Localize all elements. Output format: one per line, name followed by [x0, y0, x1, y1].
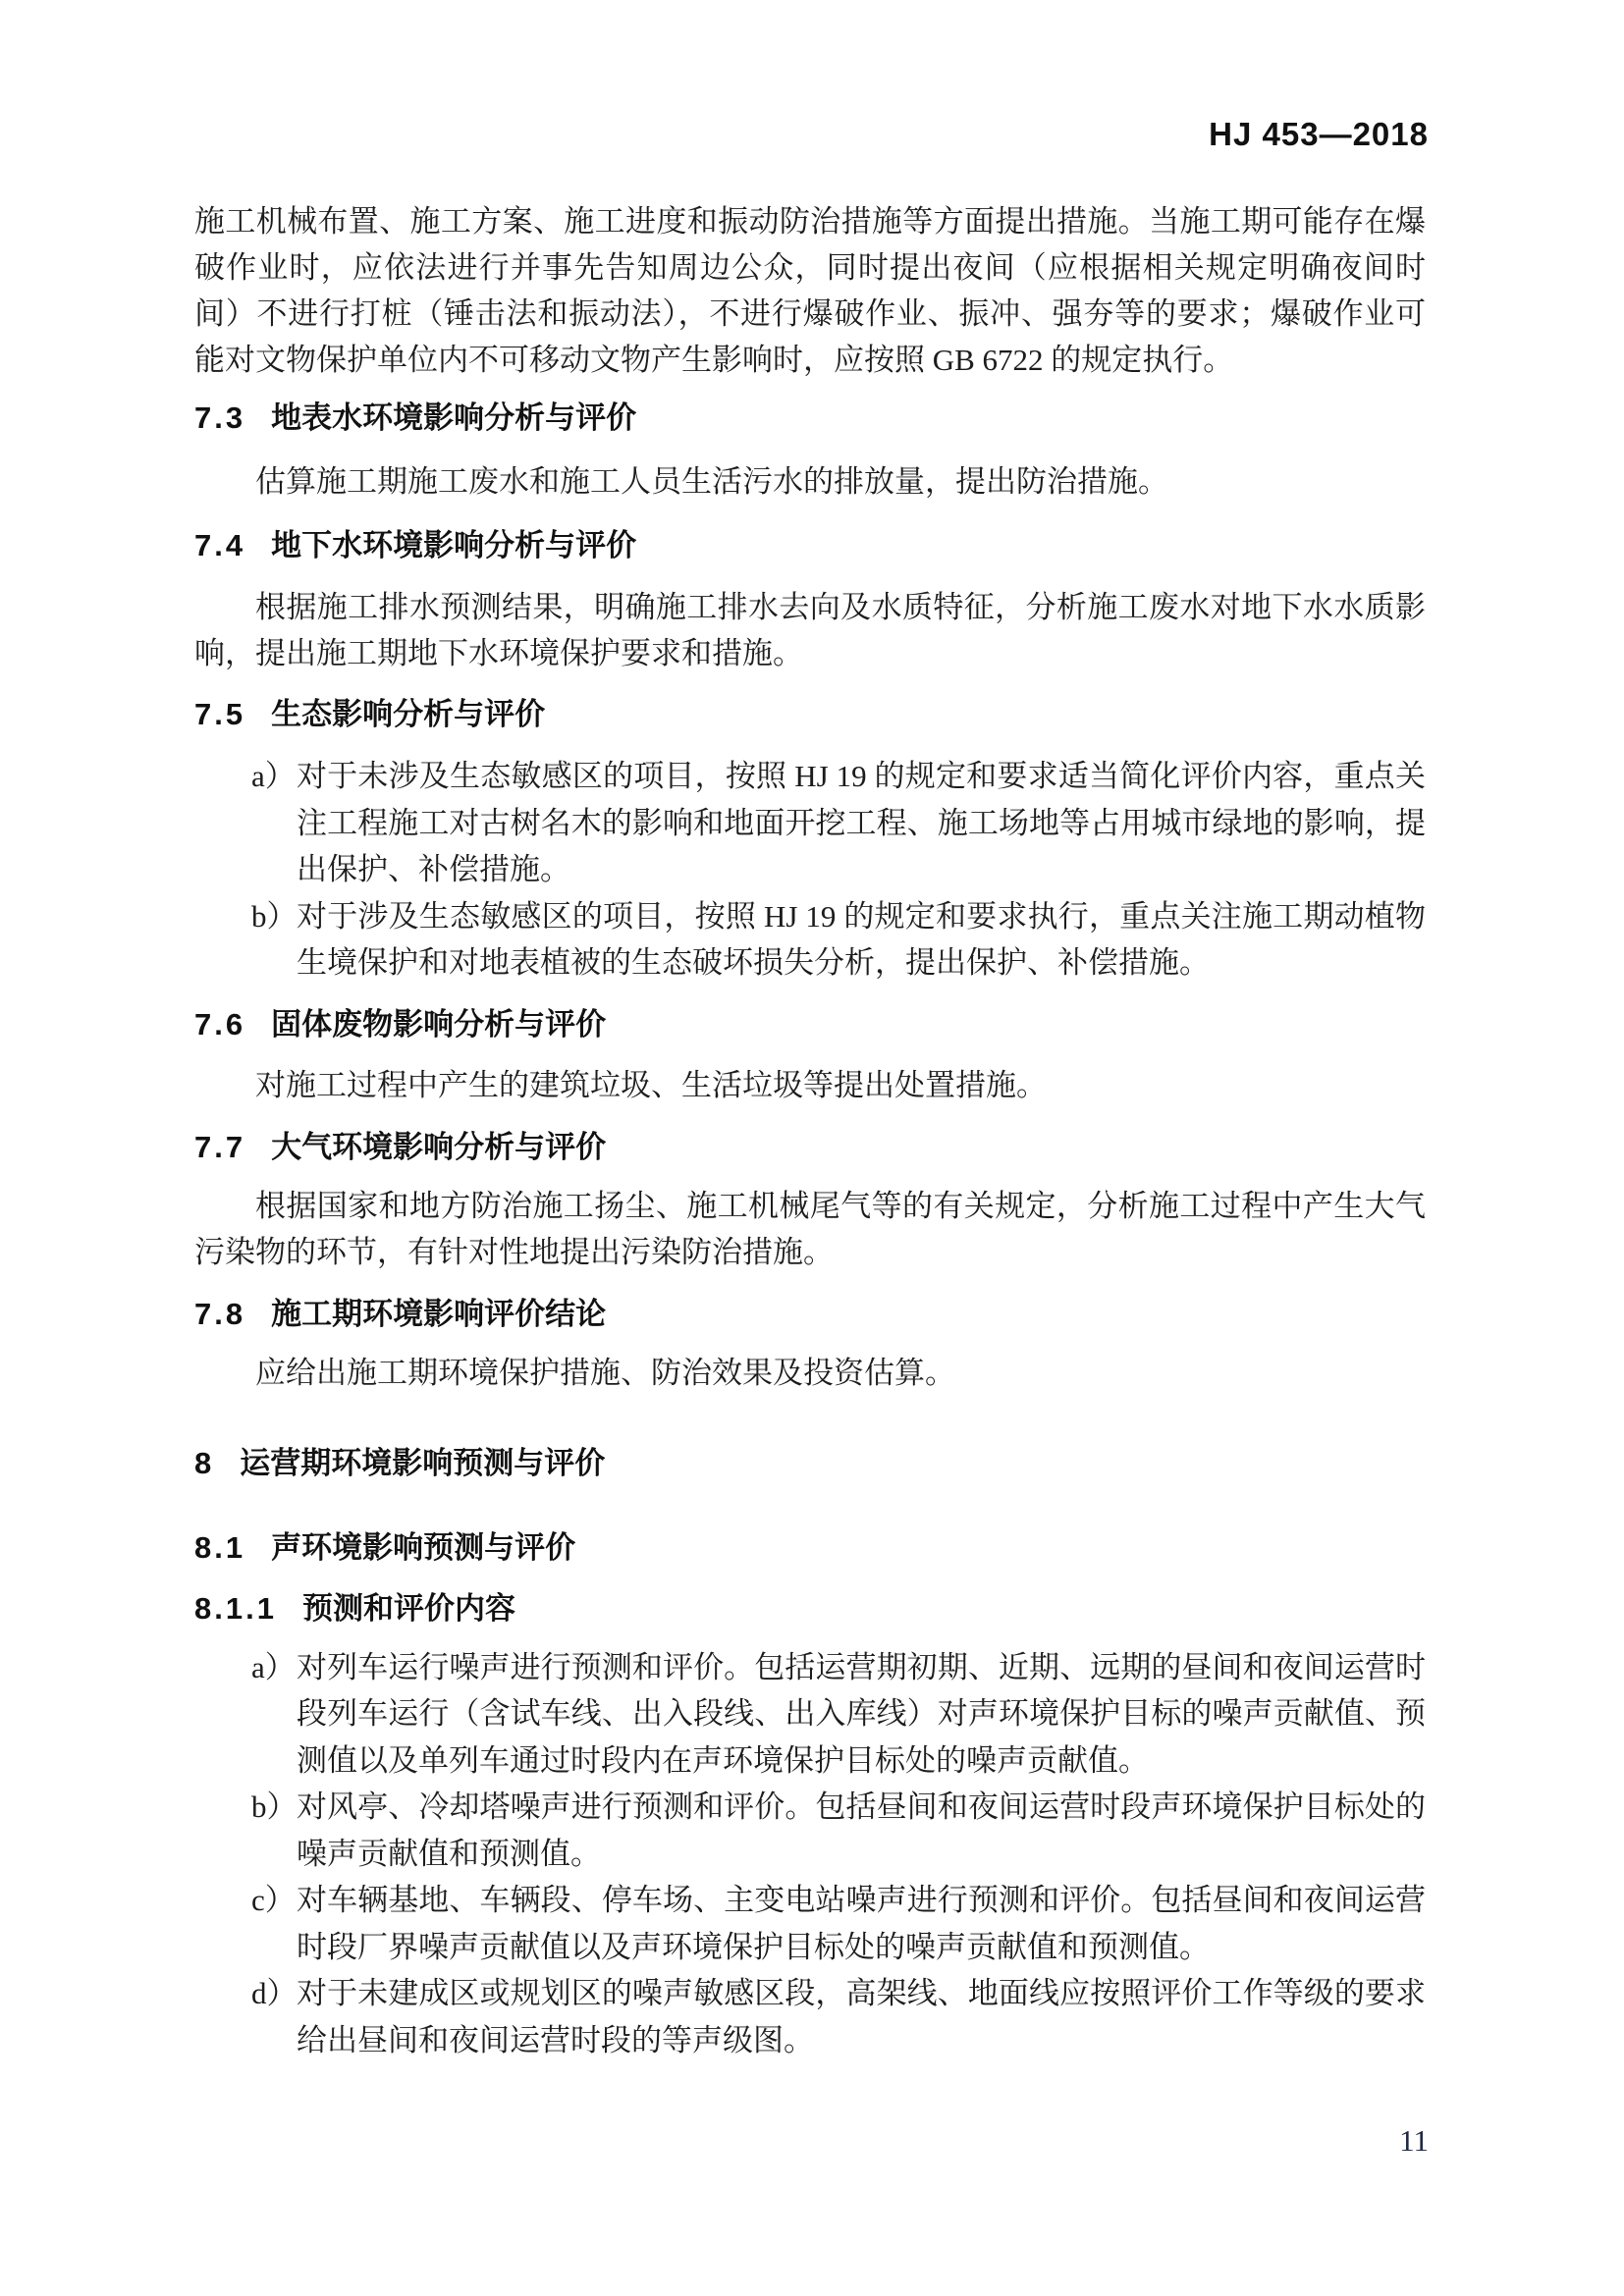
chapter-title: 运营期环境影响预测与评价 — [240, 1446, 605, 1480]
chapter-8-heading: 8运营期环境影响预测与评价 — [194, 1440, 1426, 1486]
section-7-4-paragraph: 根据施工排水预测结果，明确施工排水去向及水质特征，分析施工废水对地下水水质影响，… — [194, 584, 1426, 676]
section-8-1-1-heading: 8.1.1预测和评价内容 — [194, 1585, 1426, 1631]
section-7-3-heading: 7.3地表水环境影响分析与评价 — [194, 395, 1426, 441]
section-7-3-paragraph: 估算施工期施工废水和施工人员生活污水的排放量，提出防治措施。 — [194, 458, 1426, 505]
section-7-6-heading: 7.6固体废物影响分析与评价 — [194, 1001, 1426, 1047]
section-number: 7.6 — [194, 1007, 245, 1041]
section-7-8-heading: 7.8施工期环境影响评价结论 — [194, 1291, 1426, 1337]
list-item-label: a） — [251, 753, 296, 800]
list-item-label: b） — [251, 1784, 298, 1831]
section-title: 施工期环境影响评价结论 — [271, 1297, 606, 1331]
section-title: 生态影响分析与评价 — [271, 697, 545, 731]
section-title: 固体废物影响分析与评价 — [271, 1007, 606, 1041]
list-item-text: 对于未建成区或规划区的噪声敏感区段，高架线、地面线应按照评价工作等级的要求给出昼… — [297, 1976, 1426, 2057]
section-8-1-1-list: a）对列车运行噪声进行预测和评价。包括运营期初期、近期、远期的昼间和夜间运营时段… — [194, 1644, 1426, 2064]
paragraph-continuation: 施工机械布置、施工方案、施工进度和振动防治措施等方面提出措施。当施工期可能存在爆… — [194, 198, 1426, 383]
page-content: 施工机械布置、施工方案、施工进度和振动防治措施等方面提出措施。当施工期可能存在爆… — [194, 198, 1426, 2063]
section-7-5-list: a）对于未涉及生态敏感区的项目，按照 HJ 19 的规定和要求适当简化评价内容，… — [194, 753, 1426, 987]
section-7-7-paragraph: 根据国家和地方防治施工扬尘、施工机械尾气等的有关规定，分析施工过程中产生大气污染… — [194, 1183, 1426, 1275]
page-number: 11 — [1399, 2123, 1429, 2159]
list-item-text: 对车辆基地、车辆段、停车场、主变电站噪声进行预测和评价。包括昼间和夜间运营时段厂… — [297, 1883, 1426, 1964]
section-8-1-heading: 8.1声环境影响预测与评价 — [194, 1524, 1426, 1571]
section-number: 7.4 — [194, 528, 245, 562]
section-7-5-heading: 7.5生态影响分析与评价 — [194, 691, 1426, 737]
section-7-4-heading: 7.4地下水环境影响分析与评价 — [194, 522, 1426, 568]
list-item-label: d） — [251, 1970, 298, 2017]
chapter-number: 8 — [194, 1446, 214, 1480]
section-number: 7.5 — [194, 697, 245, 731]
section-7-6-paragraph: 对施工过程中产生的建筑垃圾、生活垃圾等提出处置措施。 — [194, 1062, 1426, 1108]
section-title: 地表水环境影响分析与评价 — [271, 400, 636, 435]
list-item-b: b）对于涉及生态敏感区的项目，按照 HJ 19 的规定和要求执行，重点关注施工期… — [194, 893, 1426, 987]
section-title: 大气环境影响分析与评价 — [271, 1130, 606, 1164]
section-number: 7.3 — [194, 400, 245, 435]
list-item-d: d）对于未建成区或规划区的噪声敏感区段，高架线、地面线应按照评价工作等级的要求给… — [194, 1970, 1426, 2063]
section-7-7-heading: 7.7大气环境影响分析与评价 — [194, 1124, 1426, 1170]
section-title: 声环境影响预测与评价 — [271, 1530, 575, 1565]
list-item-text: 对于涉及生态敏感区的项目，按照 HJ 19 的规定和要求执行，重点关注施工期动植… — [297, 899, 1426, 981]
section-7-8-paragraph: 应给出施工期环境保护措施、防治效果及投资估算。 — [194, 1350, 1426, 1396]
document-page: HJ 453—2018 施工机械布置、施工方案、施工进度和振动防治措施等方面提出… — [0, 0, 1624, 2296]
list-item-a: a）对于未涉及生态敏感区的项目，按照 HJ 19 的规定和要求适当简化评价内容，… — [194, 753, 1426, 893]
section-number: 8.1 — [194, 1530, 245, 1565]
list-item-label: b） — [251, 893, 298, 940]
list-item-text: 对于未涉及生态敏感区的项目，按照 HJ 19 的规定和要求适当简化评价内容，重点… — [297, 759, 1426, 886]
list-item-text: 对风亭、冷却塔噪声进行预测和评价。包括昼间和夜间运营时段声环境保护目标处的噪声贡… — [297, 1789, 1426, 1871]
list-item-label: a） — [251, 1644, 296, 1691]
section-title: 预测和评价内容 — [302, 1591, 515, 1626]
section-title: 地下水环境影响分析与评价 — [271, 528, 636, 562]
section-number: 8.1.1 — [194, 1591, 277, 1626]
list-item-b: b）对风亭、冷却塔噪声进行预测和评价。包括昼间和夜间运营时段声环境保护目标处的噪… — [194, 1784, 1426, 1877]
section-number: 7.8 — [194, 1297, 245, 1331]
list-item-c: c）对车辆基地、车辆段、停车场、主变电站噪声进行预测和评价。包括昼间和夜间运营时… — [194, 1877, 1426, 1970]
list-item-label: c） — [251, 1877, 296, 1924]
list-item-a: a）对列车运行噪声进行预测和评价。包括运营期初期、近期、远期的昼间和夜间运营时段… — [194, 1644, 1426, 1785]
section-number: 7.7 — [194, 1130, 245, 1164]
list-item-text: 对列车运行噪声进行预测和评价。包括运营期初期、近期、远期的昼间和夜间运营时段列车… — [297, 1650, 1426, 1778]
document-standard-number: HJ 453—2018 — [1209, 116, 1429, 153]
